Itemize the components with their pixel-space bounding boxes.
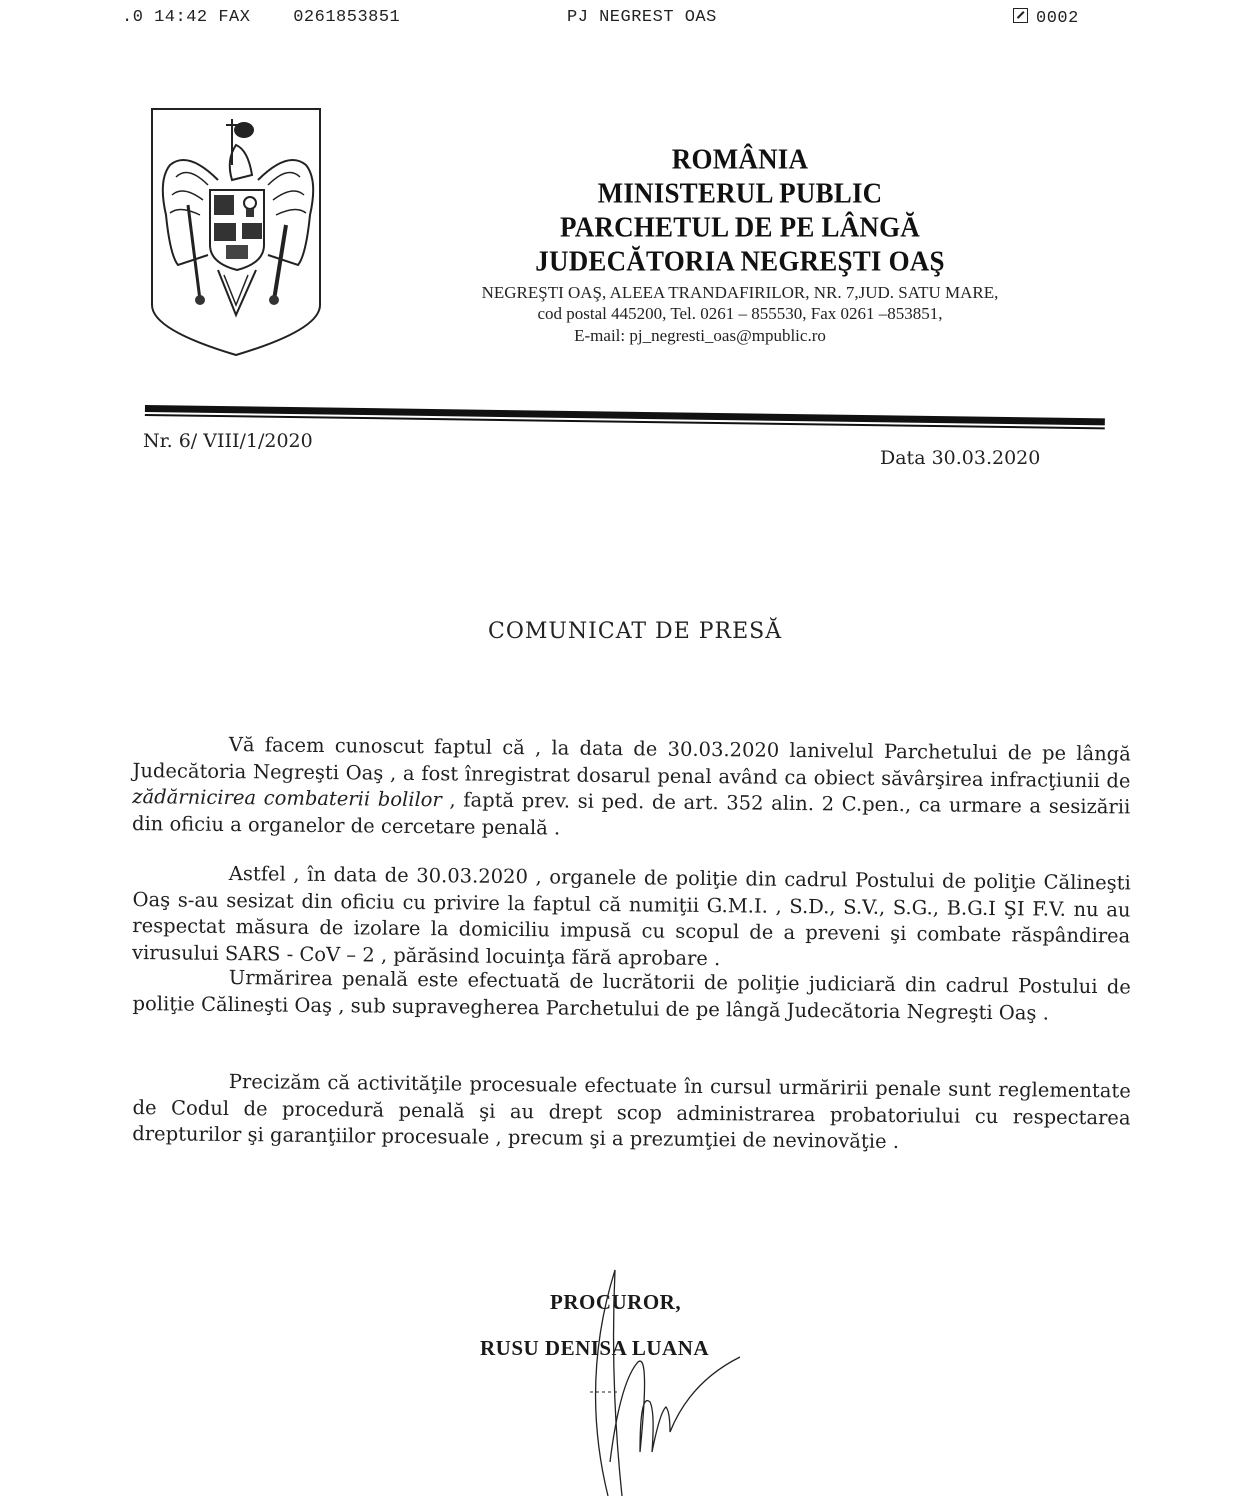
paragraph-4: Precizăm că activităţile procesuale efec…	[132, 1068, 1131, 1158]
registration-number: Nr. 6/ VIII/1/2020	[143, 430, 313, 452]
letterhead-separator	[145, 405, 1105, 432]
letterhead-line: JUDECĂTORIA NEGREŞTI OAŞ	[400, 243, 1080, 279]
document-date: Data 30.03.2020	[880, 447, 1040, 469]
paragraph-1: Vă facem cunoscut faptul că , la data de…	[132, 731, 1131, 847]
fax-page-icon	[1013, 8, 1028, 23]
romanian-coat-of-arms-icon	[148, 105, 324, 360]
fax-sender: PJ NEGREST OAS	[567, 8, 717, 27]
letterhead-line: ROMÂNIA	[400, 141, 1080, 177]
letterhead-line: MINISTERUL PUBLIC	[400, 175, 1080, 211]
fax-timestamp: .0 14:42 FAX 0261853851	[122, 8, 400, 27]
institution-address: NEGREŞTI OAŞ, ALEEA TRANDAFIRILOR, NR. 7…	[420, 283, 1060, 303]
handwritten-signature-icon	[540, 1262, 780, 1498]
institution-contact: cod postal 445200, Tel. 0261 – 855530, F…	[400, 304, 1080, 324]
paragraph-3: Urmărirea penală este efectuată de lucră…	[132, 964, 1131, 1027]
offence-name: zădărnicirea combaterii bolilor	[132, 785, 442, 811]
fax-page: 0002	[1013, 8, 1079, 28]
fax-number: 0261853851	[293, 8, 400, 27]
institution-letterhead: ROMÂNIA MINISTERUL PUBLIC PARCHETUL DE P…	[400, 142, 1080, 278]
institution-email: E-mail: pj_negresti_oas@mpublic.ro	[360, 326, 1040, 346]
fax-header: .0 14:42 FAX 0261853851 PJ NEGREST OAS 0…	[0, 6, 1236, 30]
document-title: COMUNICAT DE PRESĂ	[488, 619, 782, 644]
letterhead-line: PARCHETUL DE PE LÂNGĂ	[400, 209, 1080, 245]
paragraph-2: Astfel , în data de 30.03.2020 , organel…	[132, 860, 1131, 976]
fax-page-number: 0002	[1036, 9, 1079, 28]
